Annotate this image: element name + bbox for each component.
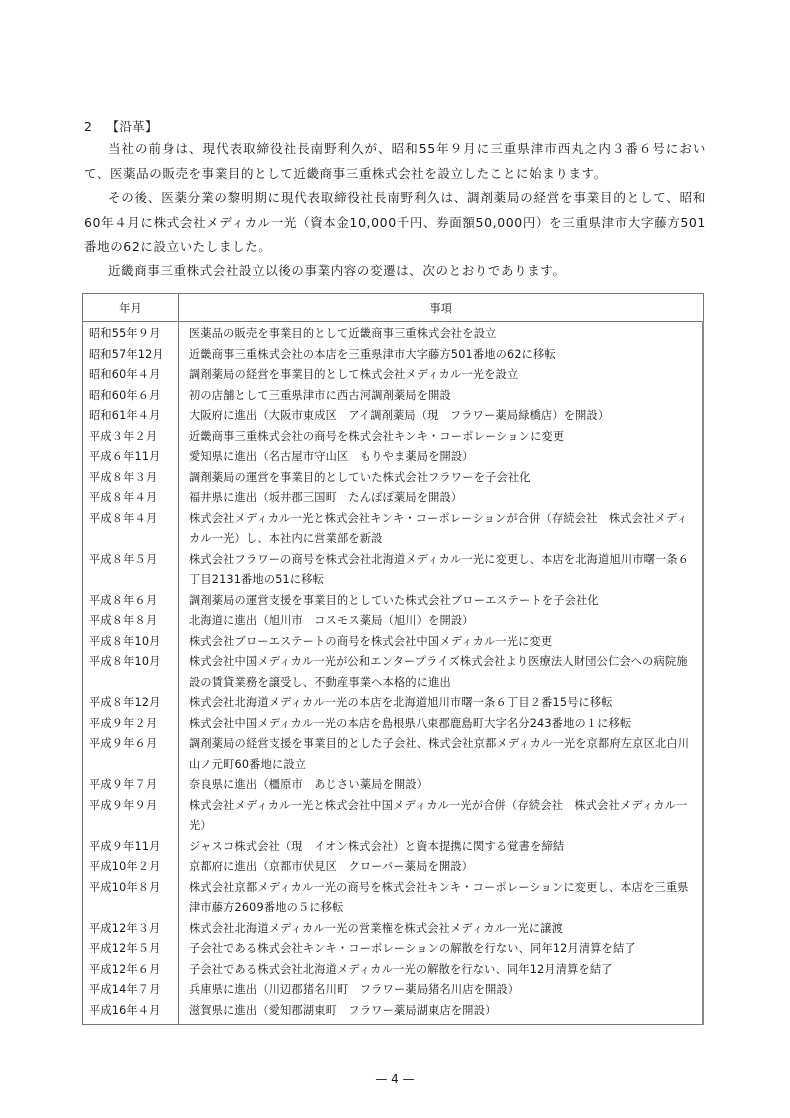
table-row: 昭和61年４月大阪府に進出（大阪市東成区 アイ調剤薬局（現 フラワー薬局緑橋店）… — [83, 406, 704, 427]
table-row: 平成９年２月株式会社中国メディカル一光の本店を島根県八束郡鹿島町大字名分243番… — [83, 714, 704, 735]
table-row: 昭和55年９月医薬品の販売を事業目的として近畿商事三重株式会社を設立 — [83, 322, 704, 345]
row-date: 平成８年４月 — [83, 509, 179, 550]
row-date: 平成３年２月 — [83, 427, 179, 448]
row-date: 平成８年12月 — [83, 693, 179, 714]
row-date: 平成12年３月 — [83, 919, 179, 940]
history-table-body: 昭和55年９月医薬品の販売を事業目的として近畿商事三重株式会社を設立昭和57年1… — [83, 322, 704, 1025]
table-row: 平成12年６月子会社である株式会社北海道メディカル一光の解散を行ない、同年12月… — [83, 960, 704, 981]
row-date: 平成８年６月 — [83, 591, 179, 612]
row-event: 医薬品の販売を事業目的として近畿商事三重株式会社を設立 — [179, 322, 704, 345]
table-row: 平成３年２月近畿商事三重株式会社の商号を株式会社キンキ・コーポレーションに変更 — [83, 427, 704, 448]
row-date: 平成８年10月 — [83, 632, 179, 653]
header-date: 年月 — [83, 294, 179, 322]
table-row: 平成８年５月株式会社フラワーの商号を株式会社北海道メディカル一光に変更し、本店を… — [83, 550, 704, 591]
row-event: 調剤薬局の運営支援を事業目的としていた株式会社ブローエステートを子会社化 — [179, 591, 704, 612]
table-row: 昭和60年４月調剤薬局の経営を事業目的として株式会社メディカル一光を設立 — [83, 365, 704, 386]
row-event: 株式会社中国メディカル一光が公和エンタープライズ株式会社より医療法人財団公仁会へ… — [179, 652, 704, 693]
row-date: 昭和55年９月 — [83, 322, 179, 345]
section-title: 【沿革】 — [107, 119, 158, 134]
row-date: 平成12年６月 — [83, 960, 179, 981]
row-event: 兵庫県に進出（川辺郡猪名川町 フラワー薬局猪名川店を開設） — [179, 980, 704, 1001]
row-date: 平成９年７月 — [83, 775, 179, 796]
row-event: 調剤薬局の経営を事業目的として株式会社メディカル一光を設立 — [179, 365, 704, 386]
row-date: 平成14年７月 — [83, 980, 179, 1001]
row-event: 調剤薬局の経営支援を事業目的とした子会社、株式会社京都メディカル一光を京都府左京… — [179, 734, 704, 775]
row-date: 平成８年３月 — [83, 468, 179, 489]
table-row: 平成12年５月子会社である株式会社キンキ・コーポレーションの解散を行ない、同年1… — [83, 939, 704, 960]
table-row: 平成14年７月兵庫県に進出（川辺郡猪名川町 フラワー薬局猪名川店を開設） — [83, 980, 704, 1001]
table-row: 昭和57年12月近畿商事三重株式会社の本店を三重県津市大字藤方501番地の62に… — [83, 345, 704, 366]
paragraph-founding: その後、医薬分業の黎明期に現代表取締役社長南野利久は、調剤薬局の経営を事業目的と… — [84, 186, 706, 260]
table-row: 平成８年３月調剤薬局の運営を事業目的としていた株式会社フラワーを子会社化 — [83, 468, 704, 489]
table-row: 平成９年11月ジャスコ株式会社（現 イオン株式会社）と資本提携に関する覚書を締結 — [83, 837, 704, 858]
row-event: 子会社である株式会社キンキ・コーポレーションの解散を行ない、同年12月清算を結了 — [179, 939, 704, 960]
table-row: 平成10年８月株式会社京都メディカル一光の商号を株式会社キンキ・コーポレーション… — [83, 878, 704, 919]
row-date: 平成９年11月 — [83, 837, 179, 858]
table-header-row: 年月 事項 — [83, 294, 704, 322]
row-date: 平成16年４月 — [83, 1001, 179, 1025]
row-event: 初の店舗として三重県津市に西古河調剤薬局を開設 — [179, 386, 704, 407]
table-row: 平成８年10月株式会社中国メディカル一光が公和エンタープライズ株式会社より医療法… — [83, 652, 704, 693]
table-row: 昭和60年６月初の店舗として三重県津市に西古河調剤薬局を開設 — [83, 386, 704, 407]
row-event: 株式会社中国メディカル一光の本店を島根県八束郡鹿島町大字名分243番地の１に移転 — [179, 714, 704, 735]
row-date: 平成６年11月 — [83, 447, 179, 468]
row-date: 平成８年４月 — [83, 488, 179, 509]
row-event: 京都府に進出（京都市伏見区 クローバー薬局を開設） — [179, 857, 704, 878]
table-row: 平成８年12月株式会社北海道メディカル一光の本店を北海道旭川市曙一条６丁目２番1… — [83, 693, 704, 714]
section-number: 2 — [84, 119, 92, 134]
row-event: 株式会社北海道メディカル一光の営業権を株式会社メディカル一光に譲渡 — [179, 919, 704, 940]
table-row: 平成６年11月愛知県に進出（名古屋市守山区 もりやま薬局を開設） — [83, 447, 704, 468]
paragraph-origin: 当社の前身は、現代表取締役社長南野利久が、昭和55年９月に三重県津市西丸之内３番… — [84, 137, 706, 186]
table-row: 平成12年３月株式会社北海道メディカル一光の営業権を株式会社メディカル一光に譲渡 — [83, 919, 704, 940]
row-event: 株式会社フラワーの商号を株式会社北海道メディカル一光に変更し、本店を北海道旭川市… — [179, 550, 704, 591]
section-heading: 2 【沿革】 — [84, 118, 158, 136]
row-date: 平成10年２月 — [83, 857, 179, 878]
table-row: 平成８年６月調剤薬局の運営支援を事業目的としていた株式会社ブローエステートを子会… — [83, 591, 704, 612]
row-event: 奈良県に進出（橿原市 あじさい薬局を開設） — [179, 775, 704, 796]
row-date: 昭和57年12月 — [83, 345, 179, 366]
row-date: 昭和61年４月 — [83, 406, 179, 427]
row-event: 近畿商事三重株式会社の商号を株式会社キンキ・コーポレーションに変更 — [179, 427, 704, 448]
table-row: 平成９年９月株式会社メディカル一光と株式会社中国メディカル一光が合併（存続会社 … — [83, 796, 704, 837]
row-date: 昭和60年４月 — [83, 365, 179, 386]
row-event: 子会社である株式会社北海道メディカル一光の解散を行ない、同年12月清算を結了 — [179, 960, 704, 981]
row-event: 調剤薬局の運営を事業目的としていた株式会社フラワーを子会社化 — [179, 468, 704, 489]
row-date: 平成８年５月 — [83, 550, 179, 591]
row-date: 平成８年８月 — [83, 611, 179, 632]
table-row: 平成10年２月京都府に進出（京都市伏見区 クローバー薬局を開設） — [83, 857, 704, 878]
header-event: 事項 — [179, 294, 704, 322]
table-row: 平成16年４月滋賀県に進出（愛知郡湖東町 フラワー薬局湖東店を開設） — [83, 1001, 704, 1025]
row-date: 平成９年２月 — [83, 714, 179, 735]
table-row: 平成８年４月株式会社メディカル一光と株式会社キンキ・コーポレーションが合併（存続… — [83, 509, 704, 550]
document-page: 2 【沿革】 当社の前身は、現代表取締役社長南野利久が、昭和55年９月に三重県津… — [0, 0, 790, 1118]
row-event: 株式会社メディカル一光と株式会社中国メディカル一光が合併（存続会社 株式会社メデ… — [179, 796, 704, 837]
row-date: 平成８年10月 — [83, 652, 179, 693]
table-row: 平成８年４月福井県に進出（坂井郡三国町 たんぽぽ薬局を開設） — [83, 488, 704, 509]
row-date: 平成10年８月 — [83, 878, 179, 919]
table-row: 平成９年６月調剤薬局の経営支援を事業目的とした子会社、株式会社京都メディカル一光… — [83, 734, 704, 775]
history-table: 年月 事項 昭和55年９月医薬品の販売を事業目的として近畿商事三重株式会社を設立… — [82, 293, 704, 1025]
row-date: 平成９年６月 — [83, 734, 179, 775]
row-date: 平成12年５月 — [83, 939, 179, 960]
table-row: 平成９年７月奈良県に進出（橿原市 あじさい薬局を開設） — [83, 775, 704, 796]
table-row: 平成８年８月北海道に進出（旭川市 コスモス薬局（旭川）を開設） — [83, 611, 704, 632]
row-date: 昭和60年６月 — [83, 386, 179, 407]
row-event: 北海道に進出（旭川市 コスモス薬局（旭川）を開設） — [179, 611, 704, 632]
row-event: 株式会社ブローエステートの商号を株式会社中国メディカル一光に変更 — [179, 632, 704, 653]
row-event: ジャスコ株式会社（現 イオン株式会社）と資本提携に関する覚書を締結 — [179, 837, 704, 858]
row-event: 愛知県に進出（名古屋市守山区 もりやま薬局を開設） — [179, 447, 704, 468]
row-event: 株式会社北海道メディカル一光の本店を北海道旭川市曙一条６丁目２番15号に移転 — [179, 693, 704, 714]
row-event: 株式会社メディカル一光と株式会社キンキ・コーポレーションが合併（存続会社 株式会… — [179, 509, 704, 550]
row-date: 平成９年９月 — [83, 796, 179, 837]
row-event: 福井県に進出（坂井郡三国町 たんぽぽ薬局を開設） — [179, 488, 704, 509]
table-row: 平成８年10月株式会社ブローエステートの商号を株式会社中国メディカル一光に変更 — [83, 632, 704, 653]
paragraph-intro: 近畿商事三重株式会社設立以後の事業内容の変遷は、次のとおりであります。 — [84, 259, 706, 284]
row-event: 滋賀県に進出（愛知郡湖東町 フラワー薬局湖東店を開設） — [179, 1001, 704, 1025]
page-number: — 4 — — [0, 1072, 790, 1086]
row-event: 株式会社京都メディカル一光の商号を株式会社キンキ・コーポレーションに変更し、本店… — [179, 878, 704, 919]
row-event: 大阪府に進出（大阪市東成区 アイ調剤薬局（現 フラワー薬局緑橋店）を開設） — [179, 406, 704, 427]
row-event: 近畿商事三重株式会社の本店を三重県津市大字藤方501番地の62に移転 — [179, 345, 704, 366]
